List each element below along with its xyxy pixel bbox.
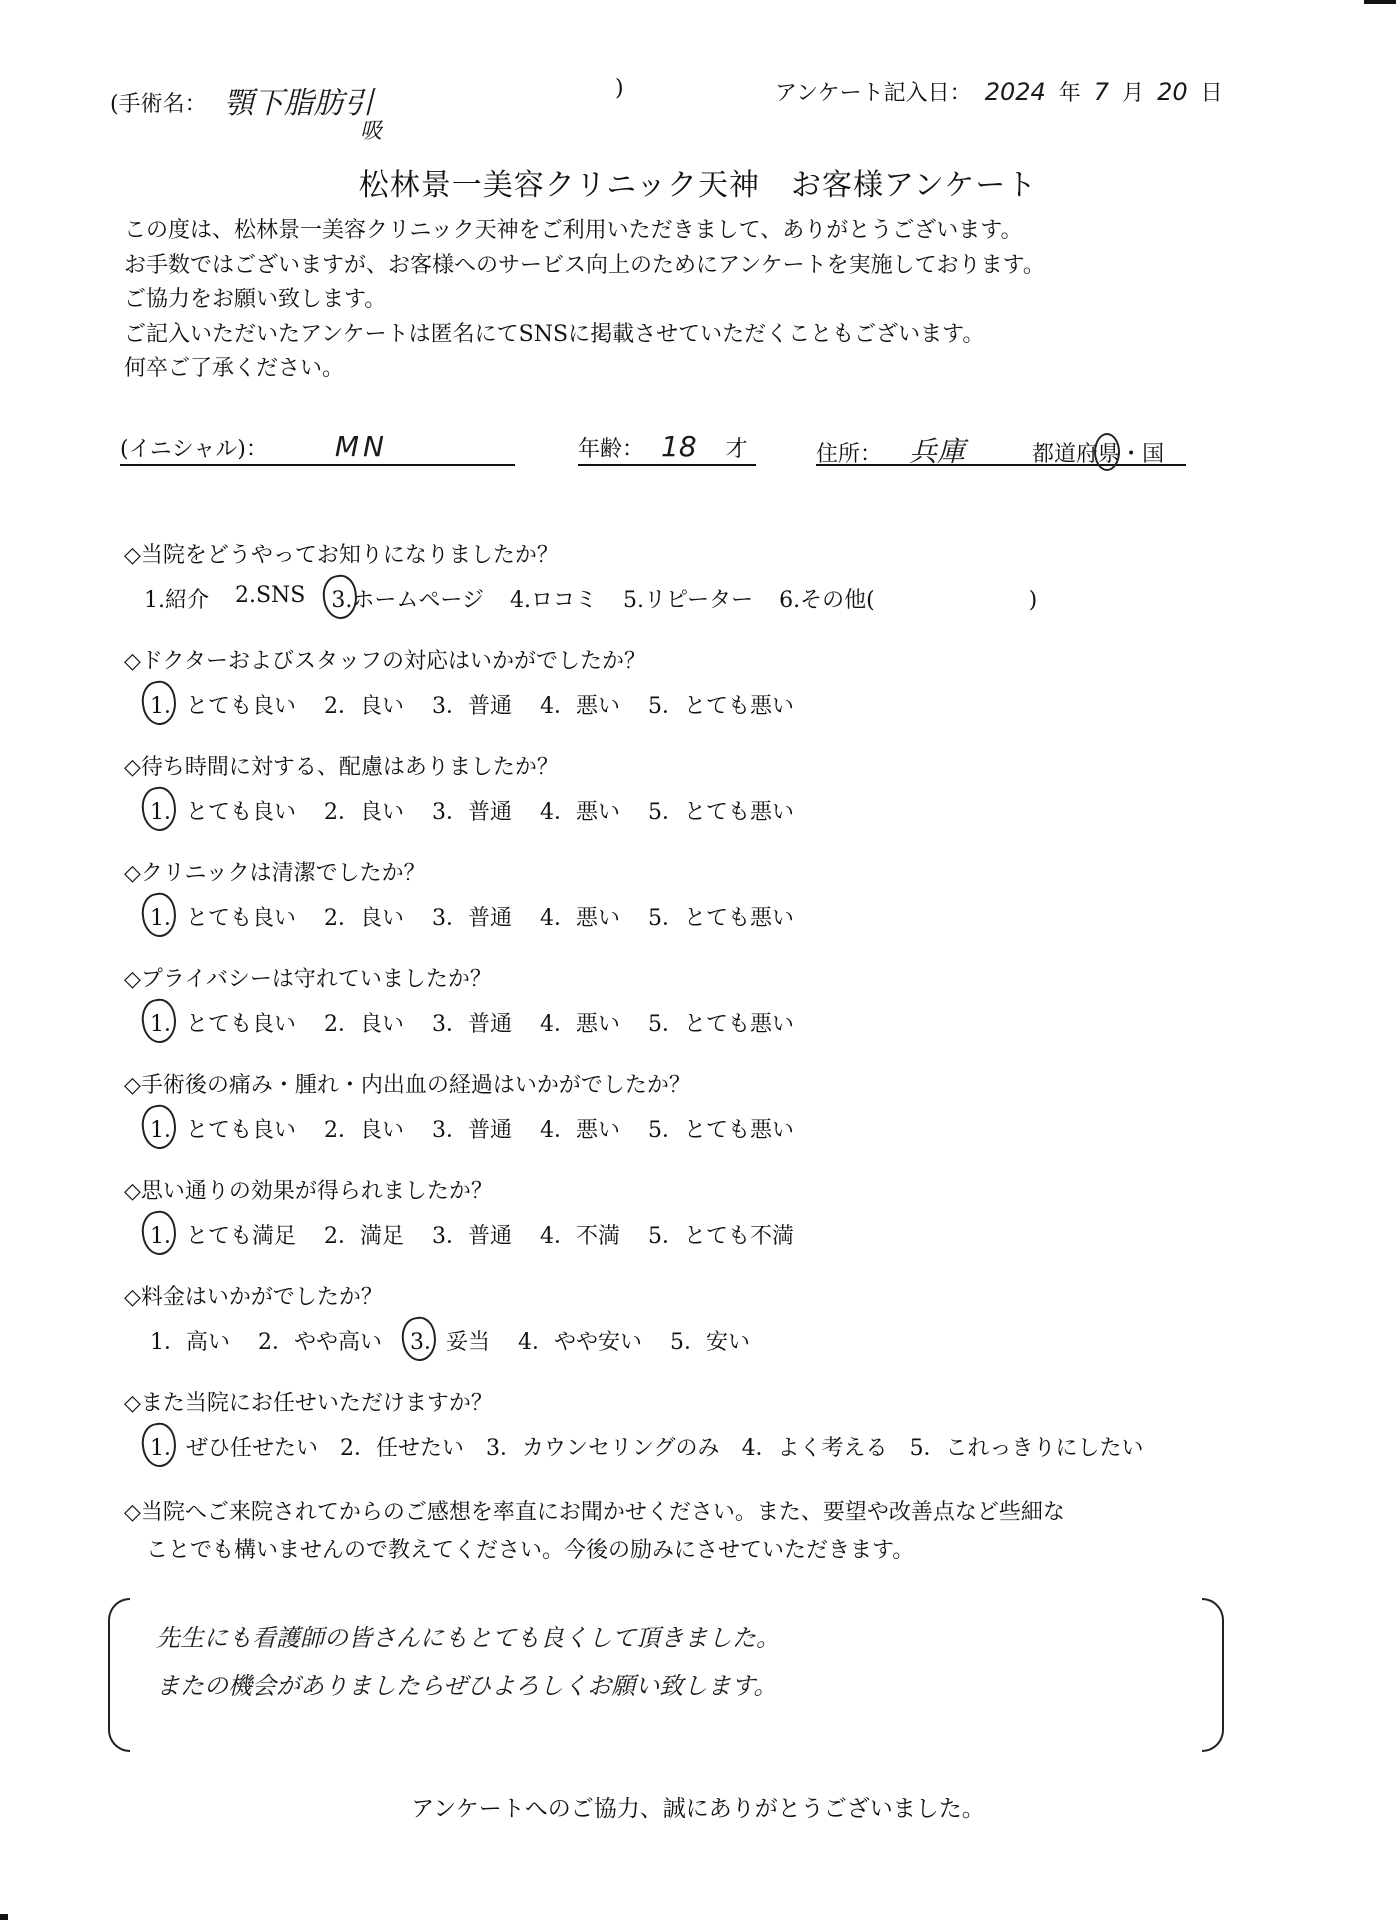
option-5[interactable]: 5．とても悪い — [648, 901, 794, 932]
option-4[interactable]: 4．悪い — [540, 1007, 620, 1038]
intro-line: ご協力をお願い致します。 — [124, 283, 1045, 318]
surgery-label: (手術名： — [110, 92, 207, 117]
survey-date-field: アンケート記入日： 2024 年 7 月 20 日 — [775, 76, 1223, 107]
option-4[interactable]: 4．不満 — [540, 1219, 620, 1250]
question-cleanliness: ◇クリニックは清潔でしたか？ 1．とても良い 2．良い 3．普通 4．悪い 5．… — [124, 856, 794, 932]
date-day: 20 — [1157, 78, 1188, 106]
question-text: ◇ドクターおよびスタッフの対応はいかがでしたか？ — [124, 644, 794, 675]
prompt-line: ことでも構いませんので教えてください。今後の励みにさせていただきます。 — [124, 1532, 1065, 1570]
question-price: ◇料金はいかがでしたか？ 1．高い 2．やや高い 3．妥当 4．やや安い 5．安… — [124, 1280, 750, 1356]
option-3-selected[interactable]: 3．妥当 — [410, 1325, 490, 1356]
question-text: ◇プライバシーは守れていましたか？ — [124, 962, 794, 993]
initials-label: (イニシャル)： — [120, 437, 268, 462]
option-4[interactable]: 4．よく考える — [742, 1431, 888, 1462]
question-return: ◇また当院にお任せいただけますか？ 1．ぜひ任せたい 2．任せたい 3．カウンセ… — [124, 1386, 1144, 1462]
option-5[interactable]: 5．とても悪い — [648, 689, 794, 720]
thank-you-footer: アンケートへのご協力、誠にありがとうございました。 — [0, 1790, 1396, 1823]
address-label: 住所： — [816, 442, 882, 467]
option-3-selected[interactable]: 3.ホームページ — [331, 583, 484, 614]
age-label: 年齢： — [578, 437, 644, 462]
answer-options: 1．とても良い 2．良い 3．普通 4．悪い 5．とても悪い — [150, 1113, 794, 1144]
day-unit: 日 — [1201, 81, 1223, 106]
age-value: 18 — [661, 430, 697, 463]
bracket-right — [1202, 1598, 1224, 1752]
answer-options: 1．とても良い 2．良い 3．普通 4．悪い 5．とても悪い — [150, 901, 794, 932]
page-title: 松林景一美容クリニック天神 お客様アンケート — [0, 160, 1396, 204]
option-1[interactable]: 1.紹介 — [144, 583, 209, 614]
question-text: ◇思い通りの効果が得られましたか？ — [124, 1174, 794, 1205]
question-text: ◇料金はいかがでしたか？ — [124, 1280, 750, 1311]
option-5[interactable]: 5．これっきりにしたい — [910, 1431, 1144, 1462]
question-referral: ◇当院をどうやってお知りになりましたか？ 1.紹介 2.SNS 3.ホームページ… — [124, 538, 1037, 614]
option-3[interactable]: 3．普通 — [432, 795, 512, 826]
question-results: ◇思い通りの効果が得られましたか？ 1．とても満足 2．満足 3．普通 4．不満… — [124, 1174, 794, 1250]
surgery-value: 顎下脂肪引 — [224, 86, 374, 121]
option-4[interactable]: 4．悪い — [540, 689, 620, 720]
option-5[interactable]: 5.リピーター — [623, 583, 753, 614]
comment-answer: 先生にも看護師の皆さんにもとても良くして頂きました。 またの機会がありましたらぜ… — [156, 1614, 780, 1710]
option-1-selected[interactable]: 1．とても良い — [150, 1113, 296, 1144]
question-text: ◇当院をどうやってお知りになりましたか？ — [124, 538, 1037, 569]
option-4[interactable]: 4．悪い — [540, 1113, 620, 1144]
comment-line: 先生にも看護師の皆さんにもとても良くして頂きました。 — [156, 1614, 780, 1662]
question-text: ◇手術後の痛み・腫れ・内出血の経過はいかがでしたか？ — [124, 1068, 794, 1099]
option-2[interactable]: 2．満足 — [324, 1219, 404, 1250]
intro-line: お手数ではございますが、お客様へのサービス向上のためにアンケートを実施しておりま… — [124, 249, 1045, 284]
option-2[interactable]: 2．良い — [324, 1007, 404, 1038]
address-field: 住所： 兵庫 都道府県・国 — [816, 430, 1186, 466]
option-2[interactable]: 2．良い — [324, 689, 404, 720]
answer-options: 1．とても良い 2．良い 3．普通 4．悪い 5．とても悪い — [150, 689, 794, 720]
option-5[interactable]: 5．安い — [670, 1325, 750, 1356]
question-wait-time: ◇待ち時間に対する、配慮はありましたか？ 1．とても良い 2．良い 3．普通 4… — [124, 750, 794, 826]
option-2[interactable]: 2．良い — [324, 1113, 404, 1144]
intro-text: この度は、松林景一美容クリニック天神をご利用いただきまして、ありがとうございます… — [124, 214, 1045, 387]
surgery-value-correction: 吸 — [360, 114, 382, 145]
age-unit: 才 — [726, 437, 748, 462]
prompt-line: ◇当院へご来院されてからのご感想を率直にお聞かせください。また、要望や改善点など… — [124, 1494, 1065, 1532]
option-1-selected[interactable]: 1．とても良い — [150, 689, 296, 720]
option-3[interactable]: 3．普通 — [432, 1113, 512, 1144]
address-value: 兵庫 — [909, 435, 965, 468]
initials-field: (イニシャル)： MN — [120, 430, 515, 466]
date-label: アンケート記入日： — [775, 81, 972, 106]
option-6[interactable]: 6.その他( ) — [779, 583, 1037, 614]
option-1-selected[interactable]: 1．ぜひ任せたい — [150, 1431, 318, 1462]
bracket-left — [108, 1598, 130, 1752]
option-2[interactable]: 2．やや高い — [258, 1325, 382, 1356]
scan-edge-mark — [1364, 0, 1396, 4]
question-text: ◇クリニックは清潔でしたか？ — [124, 856, 794, 887]
year-unit: 年 — [1059, 81, 1081, 106]
option-5[interactable]: 5．とても悪い — [648, 1007, 794, 1038]
option-5[interactable]: 5．とても不満 — [648, 1219, 794, 1250]
option-2[interactable]: 2．良い — [324, 901, 404, 932]
initials-value: MN — [335, 430, 388, 463]
free-comment-box[interactable]: 先生にも看護師の皆さんにもとても良くして頂きました。 またの機会がありましたらぜ… — [108, 1598, 1224, 1748]
option-5[interactable]: 5．とても悪い — [648, 795, 794, 826]
age-field: 年齢： 18 才 — [578, 430, 756, 466]
option-3[interactable]: 3．普通 — [432, 689, 512, 720]
option-2[interactable]: 2．任せたい — [340, 1431, 464, 1462]
option-1-selected[interactable]: 1．とても満足 — [150, 1219, 296, 1250]
option-3[interactable]: 3．カウンセリングのみ — [486, 1431, 720, 1462]
free-comment-prompt: ◇当院へご来院されてからのご感想を率直にお聞かせください。また、要望や改善点など… — [124, 1494, 1065, 1570]
question-text: ◇また当院にお任せいただけますか？ — [124, 1386, 1144, 1417]
option-5[interactable]: 5．とても悪い — [648, 1113, 794, 1144]
answer-options: 1．ぜひ任せたい 2．任せたい 3．カウンセリングのみ 4．よく考える 5．これ… — [150, 1431, 1144, 1462]
question-staff-response: ◇ドクターおよびスタッフの対応はいかがでしたか？ 1．とても良い 2．良い 3．… — [124, 644, 794, 720]
answer-options: 1．とても満足 2．満足 3．普通 4．不満 5．とても不満 — [150, 1219, 794, 1250]
month-unit: 月 — [1122, 81, 1144, 106]
comment-line: またの機会がありましたらぜひよろしくお願い致します。 — [156, 1662, 780, 1710]
answer-options: 1．とても良い 2．良い 3．普通 4．悪い 5．とても悪い — [150, 1007, 794, 1038]
option-3[interactable]: 3．普通 — [432, 901, 512, 932]
answer-options: 1．とても良い 2．良い 3．普通 4．悪い 5．とても悪い — [150, 795, 794, 826]
option-4[interactable]: 4．やや安い — [518, 1325, 642, 1356]
question-post-op-recovery: ◇手術後の痛み・腫れ・内出血の経過はいかがでしたか？ 1．とても良い 2．良い … — [124, 1068, 794, 1144]
date-year: 2024 — [985, 78, 1046, 106]
question-privacy: ◇プライバシーは守れていましたか？ 1．とても良い 2．良い 3．普通 4．悪い… — [124, 962, 794, 1038]
option-1-selected[interactable]: 1．とても良い — [150, 901, 296, 932]
scan-edge-mark — [0, 1914, 8, 1920]
date-month: 7 — [1094, 78, 1109, 106]
option-2[interactable]: 2．良い — [324, 795, 404, 826]
question-text: ◇待ち時間に対する、配慮はありましたか？ — [124, 750, 794, 781]
option-2[interactable]: 2.SNS — [235, 583, 305, 614]
prefecture-selected: 県 — [1098, 437, 1120, 468]
option-1-selected[interactable]: 1．とても良い — [150, 795, 296, 826]
prefecture-prefix: 都道府 — [1032, 442, 1098, 467]
option-4[interactable]: 4．悪い — [540, 795, 620, 826]
option-4[interactable]: 4.ロコミ — [510, 583, 597, 614]
option-3[interactable]: 3．普通 — [432, 1219, 512, 1250]
answer-options: 1.紹介 2.SNS 3.ホームページ 4.ロコミ 5.リピーター 6.その他(… — [144, 583, 1037, 614]
surgery-close-paren: ) — [615, 76, 624, 101]
intro-line: ご記入いただいたアンケートは匿名にてSNSに掲載させていただくこともございます。 — [124, 318, 1045, 353]
surgery-name-field: (手術名： 顎下脂肪引 吸 ) — [110, 76, 374, 120]
prefecture-suffix: ・国 — [1120, 442, 1164, 467]
option-3[interactable]: 3．普通 — [432, 1007, 512, 1038]
answer-options: 1．高い 2．やや高い 3．妥当 4．やや安い 5．安い — [150, 1325, 750, 1356]
option-4[interactable]: 4．悪い — [540, 901, 620, 932]
option-1[interactable]: 1．高い — [150, 1325, 230, 1356]
intro-line: 何卒ご了承ください。 — [124, 352, 1045, 387]
option-1-selected[interactable]: 1．とても良い — [150, 1007, 296, 1038]
intro-line: この度は、松林景一美容クリニック天神をご利用いただきまして、ありがとうございます… — [124, 214, 1045, 249]
